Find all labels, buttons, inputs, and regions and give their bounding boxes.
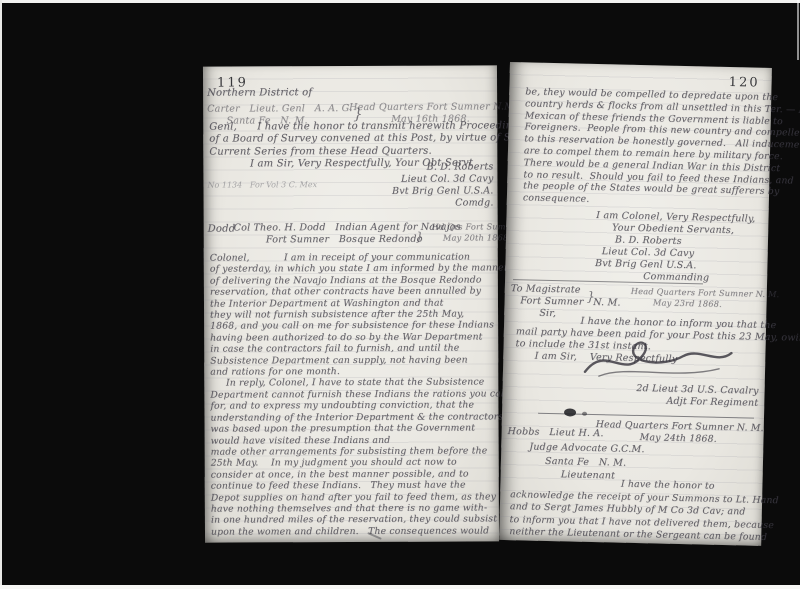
signature-flourish-icon [579, 332, 740, 390]
letter2-address: Col Theo. H. Dodd Indian Agent for Navaj… [234, 222, 461, 247]
handwriting-line: Carter Lieut. Genl A. A. G. [207, 103, 352, 116]
handwriting-line: Comdg. [354, 197, 494, 210]
ink-blot [564, 408, 576, 416]
scan-frame-left [0, 0, 2, 589]
brace-mark: } [416, 230, 424, 245]
ink-blot [582, 412, 587, 416]
handwriting-line: Head Quarters Fort Sumner N.M. [349, 101, 517, 114]
handwriting-line: Hobbs Lieut H. A. [507, 426, 603, 440]
handwriting-line: B. D. Roberts [353, 161, 493, 174]
scan-frame-bottom [0, 585, 800, 589]
ledger-page-right: 120 be, they would be compelled to depre… [499, 62, 772, 546]
handwriting-line: Col Theo. H. Dodd Indian Agent for Navaj… [234, 222, 461, 235]
letter3-body: I have the honor toacknowledge the recei… [509, 476, 779, 545]
handwriting-line: Northern District of [207, 87, 312, 100]
page-number-right: 120 [729, 76, 760, 90]
handwriting-line: Dodd [208, 224, 236, 236]
letter2-head: Head Quarters Fort Sumner N. M. May 23rd… [630, 286, 779, 311]
letter2-body: Colonel, I am in receipt of your communi… [210, 251, 510, 537]
brace-mark: } [353, 107, 363, 122]
handwriting-line: Lieut Col. 3d Cavy [353, 173, 493, 186]
continuation-paragraph: be, they would be compelled to depredate… [523, 86, 800, 211]
handwriting-line: upon the women and children. The consequ… [211, 525, 510, 538]
handwriting-line: Fort Sumner Bosque Redondo [234, 234, 461, 247]
letter3-margin: Hobbs Lieut H. A. [507, 426, 603, 440]
scan-frame-right [797, 0, 799, 60]
pencil-note: No 1134 For Vol 3 C. Mex [207, 180, 317, 190]
letter2-margin: Dodd [208, 224, 236, 236]
letter2-signature: 2d Lieut 3d U.S. CavalryAdjt For Regimen… [612, 382, 759, 409]
letter1-signature: B. D. RobertsLieut Col. 3d CavyBvt Brig … [353, 161, 493, 210]
ledger-page-left: 119 Northern District of Carter Lieut. G… [203, 65, 499, 542]
microfilm-scan: 119 Northern District of Carter Lieut. G… [0, 0, 800, 589]
letter-closing: I am Colonel, Very Respectfully, Your Ob… [585, 210, 763, 286]
handwriting-line: Adjt For Regiment [612, 394, 758, 409]
handwriting-line: May 23rd 1868. [630, 297, 779, 311]
district-heading: Northern District of [207, 87, 312, 100]
scan-frame-top [0, 0, 800, 3]
handwriting-line: Bvt Brig Genl U.S.A. [353, 185, 493, 198]
file-note: No 1134 For Vol 3 C. Mex [207, 180, 317, 190]
brace-mark: } [587, 290, 596, 305]
